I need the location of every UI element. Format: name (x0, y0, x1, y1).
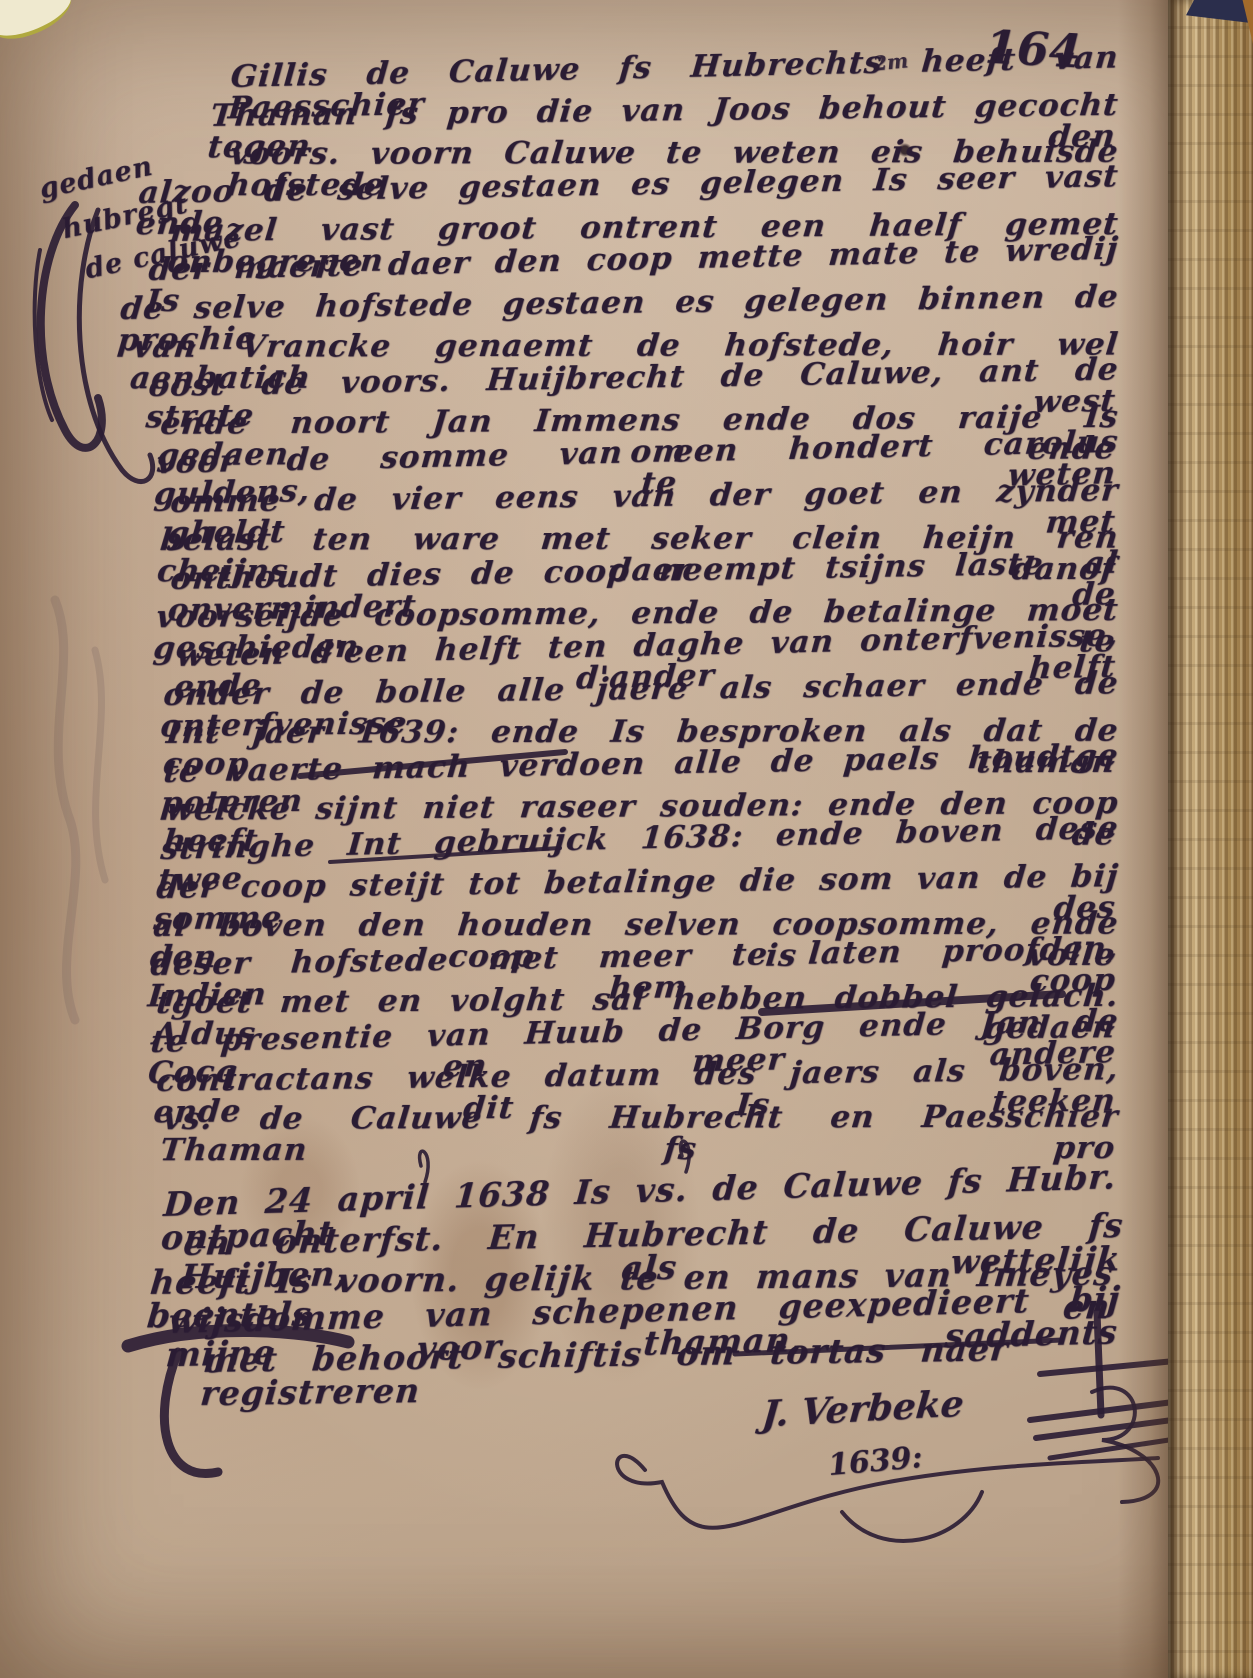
manuscript-photo: 164 2m gedaenhubregtde caluwe Gillis de … (0, 0, 1253, 1678)
book-fore-edge (1168, 0, 1253, 1678)
manuscript-line: vs. de Caluwe fs Hubrecht en Paesschier … (159, 1102, 1120, 1166)
